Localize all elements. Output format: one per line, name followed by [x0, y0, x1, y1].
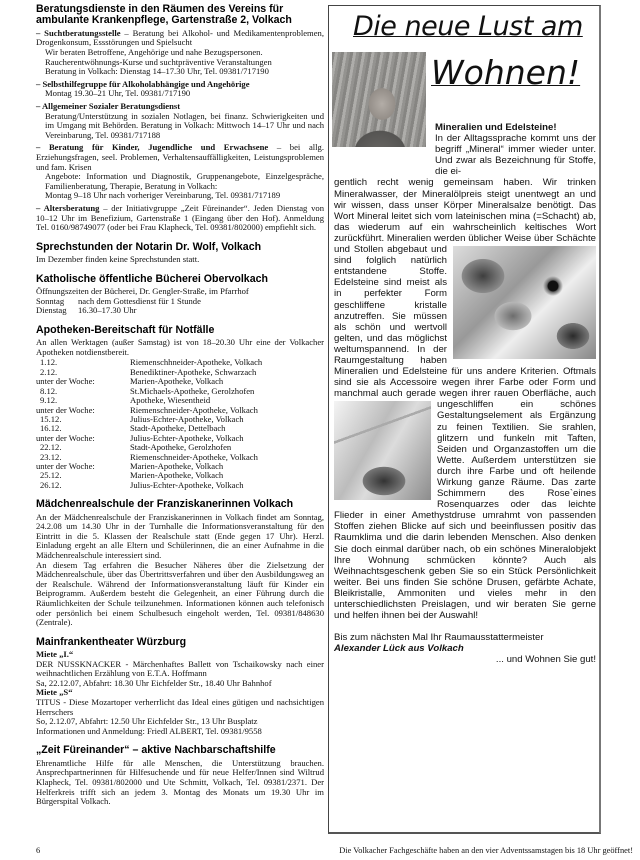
service-title: – Allgemeiner Sozialer Beratungsdienst: [36, 101, 180, 111]
section-text: Ehrenamtliche Hilfe für alle Menschen, d…: [36, 759, 324, 807]
advertisement-box: Die neue Lust am Wohnen! Mineralien und …: [328, 5, 601, 834]
service-title: – Altersberatung: [36, 203, 99, 213]
section-apotheken: Apotheken-Bereitschaft für Notfälle An a…: [36, 325, 324, 490]
table-row: 26.12.Julius-Echter-Apotheke, Volkach: [36, 481, 262, 490]
list-item: – Beratung für Kinder, Jugendliche und E…: [36, 143, 324, 201]
left-column: Beratungsdienste in den Räumen des Verei…: [36, 4, 324, 816]
ad-subtitle: Mineralien und Edelsteine!: [435, 122, 596, 133]
page-number: 6: [36, 846, 40, 855]
service-detail: Beratung in Volkach: Dienstag 14–17.30 U…: [36, 67, 324, 77]
list-item: – Suchtberatungsstelle – Beratung bei Al…: [36, 29, 324, 77]
section-heading: Apotheken-Bereitschaft für Notfälle: [36, 325, 324, 336]
list-item: – Allgemeiner Sozialer BeratungsdienstBe…: [36, 102, 324, 140]
list-item: – Altersberatung – der Initiativgruppe „…: [36, 204, 324, 233]
section-theater: Mainfrankentheater Würzburg Miete „I.“ D…: [36, 637, 324, 737]
signature-closing: ... und Wohnen Sie gut!: [334, 654, 596, 665]
crystal-photo: [334, 401, 431, 500]
ad-text-body: gentlich recht wenig gemeinsam haben. Wi…: [334, 177, 596, 621]
service-detail: Montag 19.30–21 Uhr, Tel. 09381/717190: [36, 89, 324, 99]
ad-title-line1: Die neue Lust am: [353, 12, 583, 42]
service-title: – Selbsthilfegruppe für Alkoholabhängige…: [36, 79, 250, 89]
section-realschule: Mädchenrealschule der Franziskanerinnen …: [36, 499, 324, 628]
service-title: – Suchtberatungsstelle: [36, 28, 121, 38]
section-heading: Mainfrankentheater Würzburg: [36, 637, 324, 648]
service-detail: Montag 9–18 Uhr nach vorheriger Vereinba…: [36, 191, 324, 201]
gemstones-photo: [453, 246, 596, 359]
section-zeit-fuereinander: „Zeit Füreinander“ – aktive Nachbarschaf…: [36, 745, 324, 806]
pharmacy-cell: Julius-Echter-Apotheke, Volkach: [130, 481, 262, 490]
date-cell: 26.12.: [36, 481, 130, 490]
event-description: DER NUSSKNACKER - Märchenhaftes Ballett …: [36, 660, 324, 679]
section-heading: Beratungsdienste in den Räumen des Verei…: [36, 4, 324, 27]
signature-name: Alexander Lück aus Volkach: [334, 643, 596, 654]
ad-article: Mineralien und Edelsteine! In der Alltag…: [334, 122, 596, 666]
section-buecherei: Katholische öffentliche Bücherei Obervol…: [36, 274, 324, 316]
event-date: Sa, 22.12.07, Abfahrt: 18.30 Uhr Eichfel…: [36, 679, 324, 689]
signature-line: Bis zum nächsten Mal Ihr Raumausstatterm…: [334, 632, 596, 643]
service-list: – Suchtberatungsstelle – Beratung bei Al…: [36, 29, 324, 233]
pharmacy-schedule-table: 1.12.Riemenschhneider-Apotheke, Volkach2…: [36, 358, 262, 490]
table-row: Dienstag16.30–17.30 Uhr: [36, 306, 201, 316]
opening-hours-table: Sonntagnach dem Gottesdienst für 1 Stund…: [36, 297, 201, 316]
section-text: An der Mädchenrealschule der Franziskane…: [36, 513, 324, 561]
service-detail: Beratung/Unterstützung in sozialen Notla…: [36, 112, 324, 141]
ad-signature: Bis zum nächsten Mal Ihr Raumausstatterm…: [334, 632, 596, 665]
service-title: – Beratung für Kinder, Jugendliche und E…: [36, 142, 268, 152]
footer-note: Die Volkacher Fachgeschäfte haben an den…: [339, 846, 633, 855]
section-text: Im Dezember finden keine Sprechstunden s…: [36, 255, 324, 265]
list-item: – Selbsthilfegruppe für Alkoholabhängige…: [36, 80, 324, 99]
service-detail: Angebote: Information und Diagnostik, Gr…: [36, 172, 324, 191]
ad-text-intro: In der Alltagssprache kommt uns der begr…: [435, 133, 596, 177]
event-description: TITUS - Diese Mozartoper verherrlicht da…: [36, 698, 324, 717]
section-heading: Sprechstunden der Notarin Dr. Wolf, Volk…: [36, 242, 324, 253]
contact-info: Informationen und Anmeldung: Friedl ALBE…: [36, 727, 324, 737]
ad-title-line2: Wohnen!: [431, 54, 580, 92]
section-heading: „Zeit Füreinander“ – aktive Nachbarschaf…: [36, 745, 324, 756]
section-beratungsdienste: Beratungsdienste in den Räumen des Verei…: [36, 4, 324, 233]
section-heading: Katholische öffentliche Bücherei Obervol…: [36, 274, 324, 285]
section-text: An allen Werktagen (außer Samstag) ist v…: [36, 338, 324, 357]
section-text: An diesem Tag erfahren die Besucher Nähe…: [36, 561, 324, 628]
section-notarin: Sprechstunden der Notarin Dr. Wolf, Volk…: [36, 242, 324, 265]
section-heading: Mädchenrealschule der Franziskanerinnen …: [36, 499, 324, 510]
